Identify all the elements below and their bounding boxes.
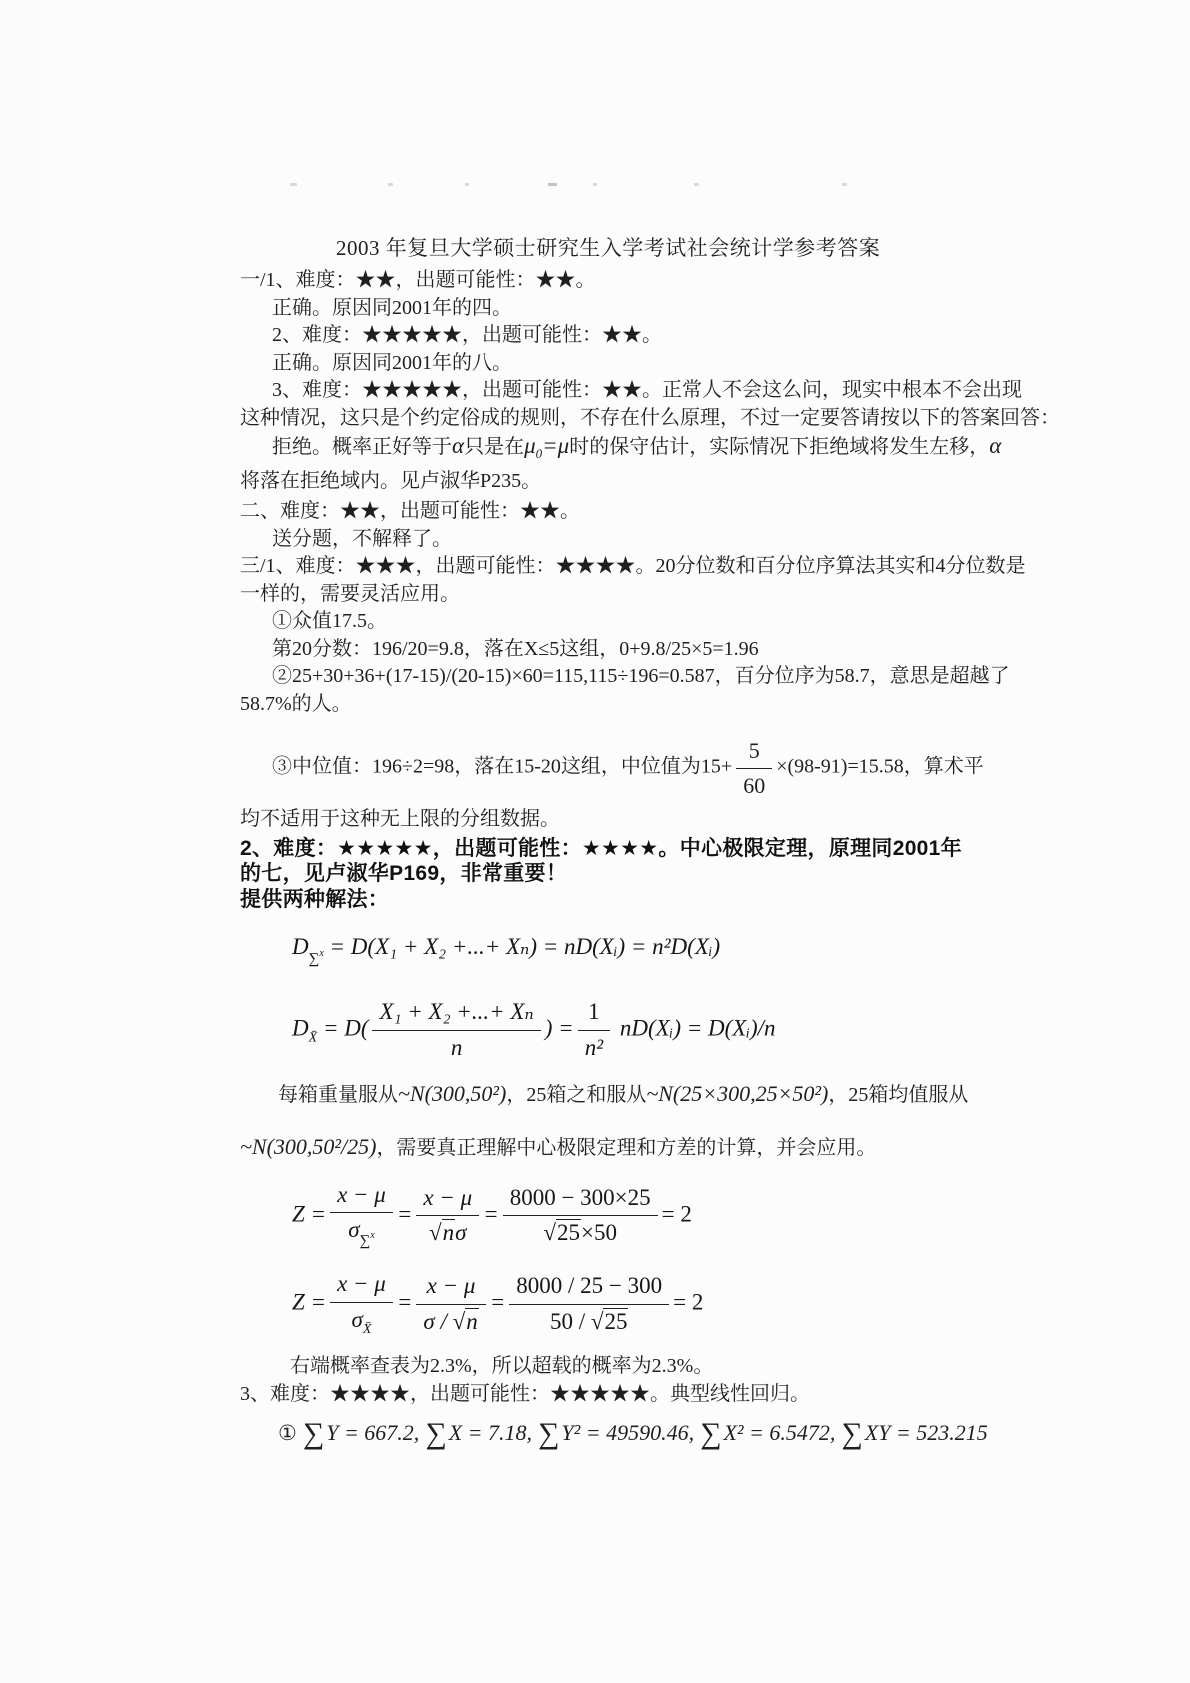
- formula-variance-of-sum: D∑x = D(X₁ + X₂ +...+ Xₙ) = nD(Xᵢ) = n²D…: [240, 925, 982, 981]
- median-fraction: 560: [736, 736, 772, 800]
- answer-line-q1-3-rejection: 拒绝。概率正好等于α只是在μ0=μ时的保守估计，实际情况下拒绝域将发生左移，α: [240, 432, 982, 468]
- formula-z-score-sum: Z =x − μσ∑x=x − μ√nσ=8000 − 300×25√25×50…: [240, 1180, 982, 1253]
- answer-line-q1-2-explanation: 正确。原因同2001年的八。: [240, 350, 982, 378]
- sum-subscript: ∑: [309, 951, 320, 967]
- normal-distribution-3: ~N(300,50²/25): [240, 1134, 376, 1159]
- formula-z-score-mean: Z =x − μσX̄=x − μσ / √n=8000 / 25 − 3005…: [240, 1269, 982, 1339]
- scan-artifact-marks: [260, 183, 920, 188]
- summation-symbol: ∑: [303, 1417, 324, 1450]
- fraction-sum-over-n: X₁ + X₂ +...+ Xₙn: [372, 997, 540, 1064]
- answer-line-q3-3: 3、难度：★★★★，出题可能性：★★★★★。典型线性回归。: [240, 1381, 982, 1409]
- fraction-z1-sqrt-n-sigma: x − μ√nσ: [416, 1183, 479, 1250]
- alpha-symbol: α: [989, 433, 1001, 458]
- document-content: 2003 年复旦大学硕士研究生入学考试社会统计学参考答案 一/1、难度：★★，出…: [240, 234, 982, 1451]
- answer-line-q3-2-methods: 提供两种解法：: [240, 887, 982, 913]
- radical-sign: √: [543, 1220, 556, 1245]
- answer-line-q2-explanation: 送分题，不解释了。: [240, 526, 982, 554]
- mu0-symbol: μ: [524, 433, 536, 458]
- answer-line-q3-1-continued: 一样的，需要灵活应用。: [240, 581, 982, 609]
- fraction-z1-numeric: 8000 − 300×25√25×50: [503, 1183, 658, 1250]
- summation-symbol: ∑: [841, 1417, 862, 1450]
- normal-distribution-1: ~N(300,50²): [398, 1081, 506, 1106]
- radical-sign: √: [453, 1309, 466, 1334]
- answer-line-q1-3: 3、难度：★★★★★，出题可能性：★★。正常人不会这么问，现实中根本不会出现: [240, 377, 982, 405]
- alpha-symbol: α: [452, 433, 464, 458]
- mu-symbol: =μ: [542, 433, 569, 458]
- regression-sums-line: ①∑Y = 667.2,∑X = 7.18,∑Y² = 49590.46,∑X²…: [240, 1417, 982, 1451]
- answer-item-mode: ①众值17.5。: [240, 608, 982, 636]
- answer-item-percentile-rank-continued: 58.7%的人。: [240, 691, 982, 719]
- page-title: 2003 年复旦大学硕士研究生入学考试社会统计学参考答案: [240, 234, 982, 262]
- answer-line-q3-1: 三/1、难度：★★★，出题可能性：★★★★。20分位数和百分位序算法其实和4分位…: [240, 553, 982, 581]
- fraction-z2-numeric: 8000 / 25 − 30050 / √25: [509, 1271, 669, 1338]
- note-distribution-line1: 每箱重量服从~N(300,50²)，25箱之和服从~N(25×300,25×50…: [240, 1080, 982, 1110]
- answer-line-q1-1-explanation: 正确。原因同2001年的四。: [240, 295, 982, 323]
- answer-line-q3-2-heading-continued: 的七，见卢淑华P169，非常重要！: [240, 861, 982, 887]
- answer-item-20th-percentile: 第20分数：196/20=9.8，落在X≤5这组，0+9.8/25×5=1.96: [240, 636, 982, 664]
- answer-item-percentile-rank: ②25+30+36+(17-15)/(20-15)×60=115,115÷196…: [240, 663, 982, 691]
- fraction-one-over-n-squared: 1n²: [578, 997, 610, 1064]
- formula-variance-of-mean: DX̄ = D(X₁ + X₂ +...+ Xₙn) =1n² nD(Xᵢ) =…: [240, 997, 982, 1064]
- fraction-z2-sigma-over-sqrt-n: x − μσ / √n: [416, 1271, 485, 1338]
- answer-item-median-continued: 均不适用于这种无上限的分组数据。: [240, 806, 982, 834]
- fraction-z2-sigma-xbar: x − μσX̄: [330, 1269, 393, 1339]
- note-probability-result: 右端概率查表为2.3%，所以超载的概率为2.3%。: [240, 1353, 982, 1381]
- note-distribution-line2: ~N(300,50²/25)，需要真正理解中心极限定理和方差的计算，并会应用。: [240, 1133, 982, 1163]
- normal-distribution-2: ~N(25×300,25×50²): [646, 1081, 828, 1106]
- fraction-z1-sigma-sum: x − μσ∑x: [330, 1180, 393, 1253]
- summation-symbol: ∑: [538, 1417, 559, 1450]
- answer-item-median: ③中位值：196÷2=98，落在15-20这组，中位值为15+560×(98-9…: [240, 736, 982, 800]
- radical-sign: √: [429, 1220, 442, 1245]
- answer-line-q1-3-continued: 这种情况，这只是个约定俗成的规则，不存在什么原理，不过一定要答请按以下的答案回答…: [240, 405, 982, 433]
- answer-line-q1-3-reference: 将落在拒绝域内。见卢淑华P235。: [240, 468, 982, 496]
- scanned-document-page: 2003 年复旦大学硕士研究生入学考试社会统计学参考答案 一/1、难度：★★，出…: [0, 0, 1190, 1683]
- answer-line-q1-2: 2、难度：★★★★★，出题可能性：★★。: [240, 322, 982, 350]
- answer-line-q3-2-heading: 2、难度：★★★★★，出题可能性：★★★★。中心极限定理，原理同2001年: [240, 836, 982, 862]
- answer-line-q2: 二、难度：★★，出题可能性：★★。: [240, 498, 982, 526]
- summation-symbol: ∑: [700, 1417, 721, 1450]
- answer-line-q1-1: 一/1、难度：★★，出题可能性：★★。: [240, 267, 982, 295]
- radical-sign: √: [591, 1309, 604, 1334]
- summation-symbol: ∑: [425, 1417, 446, 1450]
